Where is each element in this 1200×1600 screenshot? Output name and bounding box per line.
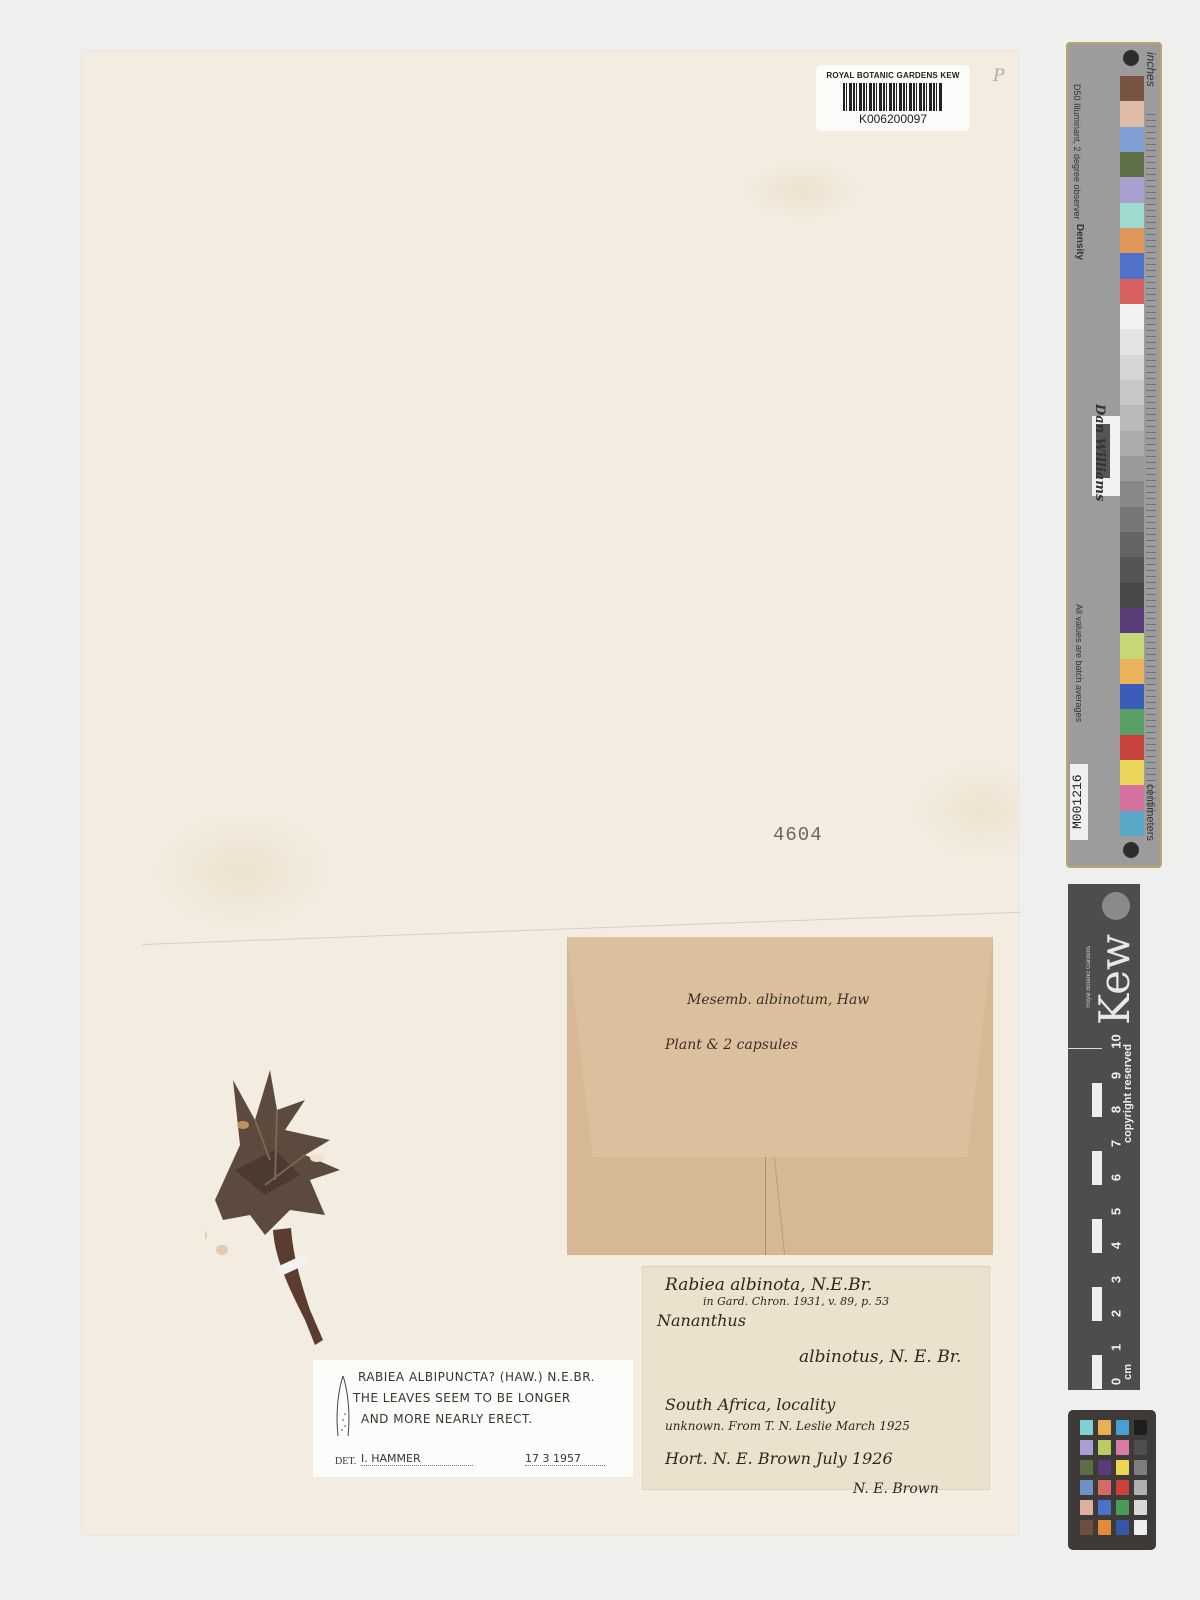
- color-swatch: [1120, 532, 1144, 557]
- brand-name: Dan Williams: [1092, 404, 1107, 501]
- label-cultivation: Hort. N. E. Brown July 1926: [665, 1449, 893, 1468]
- scale-segment: [1068, 1252, 1102, 1287]
- label-locality: South Africa, locality: [665, 1395, 835, 1414]
- barcode-number: K006200097: [816, 112, 970, 126]
- envelope-slit: [774, 1157, 785, 1255]
- hole-icon: [1123, 842, 1139, 858]
- checker-cell: [1080, 1420, 1093, 1435]
- color-swatch: [1120, 659, 1144, 684]
- color-swatch: [1120, 253, 1144, 278]
- checker-cell: [1116, 1500, 1129, 1515]
- color-swatch: [1120, 127, 1144, 152]
- cm-scale-numbers: 012345678910: [1104, 1024, 1124, 1384]
- scale-segment: [1068, 1320, 1102, 1355]
- hole-icon: [1123, 50, 1139, 66]
- scale-number: 3: [1109, 1270, 1124, 1290]
- checker-cell: [1134, 1420, 1147, 1435]
- det-note-1: THE LEAVES SEEM TO BE LONGER: [353, 1391, 571, 1405]
- scale-segment: [1068, 1184, 1102, 1219]
- checker-cell: [1098, 1500, 1111, 1515]
- checker-cell: [1134, 1520, 1147, 1535]
- checker-cell: [1098, 1460, 1111, 1475]
- color-swatch: [1120, 304, 1144, 329]
- color-checker-card: [1068, 1410, 1156, 1550]
- color-swatches: [1120, 76, 1144, 836]
- checker-cell: [1134, 1460, 1147, 1475]
- scale-segment: [1068, 1286, 1102, 1321]
- fragment-envelope: Mesemb. albinotum, Haw Plant & 2 capsule…: [567, 937, 993, 1255]
- checker-cell: [1116, 1460, 1129, 1475]
- color-swatch: [1120, 380, 1144, 405]
- color-swatch: [1120, 152, 1144, 177]
- scale-number: 4: [1109, 1236, 1124, 1256]
- color-calibration-bar: D50 Illuminant, 2 degree observer Densit…: [1066, 42, 1162, 868]
- color-swatch: [1120, 355, 1144, 380]
- checker-cell: [1080, 1480, 1093, 1495]
- scale-number: 6: [1109, 1168, 1124, 1188]
- checker-cell: [1116, 1420, 1129, 1435]
- color-swatch: [1120, 405, 1144, 430]
- label-signature: N. E. Brown: [853, 1481, 939, 1497]
- det-date: 17 3 1957: [525, 1452, 605, 1466]
- checker-cell: [1098, 1440, 1111, 1455]
- color-swatch: [1120, 177, 1144, 202]
- pencil-mark: P: [993, 66, 1004, 86]
- checker-cell: [1134, 1480, 1147, 1495]
- label-epithet: albinotus, N. E. Br.: [799, 1347, 961, 1367]
- color-swatch: [1120, 228, 1144, 253]
- checker-cell: [1080, 1520, 1093, 1535]
- color-swatch: [1120, 329, 1144, 354]
- leaf-sketch-icon: [335, 1374, 351, 1438]
- color-swatch: [1120, 481, 1144, 506]
- illuminant-note: D50 Illuminant, 2 degree observer: [1072, 84, 1082, 220]
- checker-cell: [1098, 1520, 1111, 1535]
- envelope-text-contents: Plant & 2 capsules: [665, 1037, 798, 1053]
- color-swatch: [1120, 633, 1144, 658]
- det-prefix: DET.: [335, 1456, 356, 1467]
- color-swatch: [1120, 709, 1144, 734]
- color-swatch: [1120, 608, 1144, 633]
- barcode-icon: [843, 83, 943, 111]
- color-swatch: [1120, 507, 1144, 532]
- barcode-label: ROYAL BOTANIC GARDENS KEW K006200097: [816, 65, 970, 131]
- scale-number: 5: [1109, 1202, 1124, 1222]
- royal-crest-icon: [1102, 892, 1130, 920]
- envelope-text-name: Mesemb. albinotum, Haw: [687, 992, 869, 1008]
- checker-cell: [1098, 1480, 1111, 1495]
- ruler-ticks: [1146, 114, 1156, 814]
- det-name: RABIEA ALBIPUNCTA? (HAW.) N.E.BR.: [358, 1370, 595, 1384]
- color-swatch: [1120, 583, 1144, 608]
- inches-label: inches: [1144, 52, 1158, 87]
- scale-segment: [1068, 1218, 1102, 1253]
- averages-note: All values are batch averages: [1074, 604, 1084, 722]
- unit-label: cm: [1122, 1364, 1134, 1380]
- collection-label: Rabiea albinota, N.E.Br. in Gard. Chron.…: [642, 1266, 990, 1490]
- color-swatch: [1120, 785, 1144, 810]
- checker-cell: [1134, 1440, 1147, 1455]
- checker-cell: [1116, 1480, 1129, 1495]
- color-swatch: [1120, 735, 1144, 760]
- label-accepted-name: Rabiea albinota, N.E.Br.: [665, 1275, 872, 1295]
- checker-cell: [1116, 1440, 1129, 1455]
- color-swatch: [1120, 684, 1144, 709]
- density-label: Density: [1074, 224, 1085, 260]
- color-swatch: [1120, 101, 1144, 126]
- det-determiner: I. HAMMER: [361, 1452, 473, 1466]
- scale-segment: [1068, 1116, 1102, 1151]
- label-citation: in Gard. Chron. 1931, v. 89, p. 53: [703, 1295, 889, 1308]
- color-swatch: [1120, 456, 1144, 481]
- color-bar-id: M001216: [1070, 764, 1088, 840]
- label-genus: Nananthus: [657, 1311, 746, 1330]
- color-swatch: [1120, 203, 1144, 228]
- kew-subtitle: Royal Botanic Gardens: [1086, 946, 1092, 1008]
- checker-cell: [1080, 1440, 1093, 1455]
- checker-cell: [1098, 1420, 1111, 1435]
- checker-cell: [1080, 1460, 1093, 1475]
- cm-scale-bars: [1068, 1024, 1102, 1384]
- kew-scale-bar: Kew Royal Botanic Gardens 012345678910 c…: [1068, 884, 1140, 1390]
- color-checker-grid: [1080, 1420, 1147, 1535]
- scale-segment: [1068, 1048, 1102, 1083]
- scale-number: 1: [1109, 1338, 1124, 1358]
- scale-segment: [1068, 1082, 1102, 1117]
- determination-label: RABIEA ALBIPUNCTA? (HAW.) N.E.BR. THE LE…: [313, 1360, 633, 1477]
- color-swatch: [1120, 811, 1144, 836]
- scale-number: 2: [1109, 1304, 1124, 1324]
- color-swatch: [1120, 557, 1144, 582]
- checker-cell: [1080, 1500, 1093, 1515]
- color-swatch: [1120, 76, 1144, 101]
- color-swatch: [1120, 279, 1144, 304]
- checker-cell: [1134, 1500, 1147, 1515]
- plant-specimen-icon: [205, 1060, 355, 1355]
- color-swatch: [1120, 431, 1144, 456]
- label-source: unknown. From T. N. Leslie March 1925: [665, 1419, 910, 1433]
- copyright-text: copyright reserved: [1122, 1044, 1134, 1143]
- color-swatch: [1120, 760, 1144, 785]
- kew-wordmark: Kew: [1090, 934, 1139, 1025]
- accession-number: 4604: [773, 824, 823, 846]
- det-note-2: AND MORE NEARLY ERECT.: [361, 1412, 533, 1426]
- checker-cell: [1116, 1520, 1129, 1535]
- scale-segment: [1068, 1150, 1102, 1185]
- scale-segment: [1068, 1354, 1102, 1389]
- envelope-slit: [765, 1157, 766, 1255]
- institution-name: ROYAL BOTANIC GARDENS KEW: [816, 71, 970, 80]
